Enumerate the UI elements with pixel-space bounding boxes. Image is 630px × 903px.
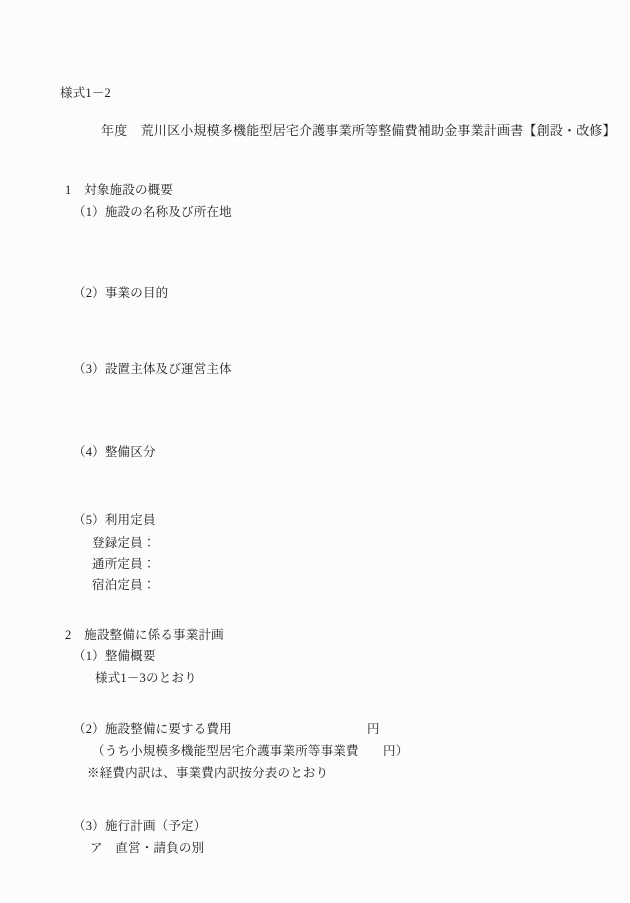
s1-item-name-location: （1）施設の名称及び所在地: [73, 204, 232, 221]
capacity-lodging-label: 宿泊定員：: [92, 577, 156, 594]
s2-cost-note: ※経費内訳は、事業費内訳按分表のとおり: [87, 765, 328, 782]
s1-item-capacity: （5）利用定員: [73, 512, 156, 529]
capacity-commuting-label: 通所定員：: [92, 556, 156, 573]
s2-item-overview: （1）整備概要: [73, 648, 156, 665]
s2-cost-unit: 円: [367, 721, 380, 738]
s1-item-purpose: （2）事業の目的: [73, 285, 168, 302]
s2-subcost-unit: 円）: [383, 743, 408, 760]
s2-item-subcost: （うち小規模多機能型居宅介護事業所等事業費: [92, 743, 359, 760]
s2-item-schedule: （3）施行計画（予定）: [73, 818, 206, 835]
s2-overview-note: 様式1－3のとおり: [95, 670, 197, 687]
document-page: 様式1－2 年度 荒川区小規模多機能型居宅介護事業所等整備費補助金事業計画書【創…: [0, 0, 630, 903]
s1-item-category: （4）整備区分: [73, 444, 156, 461]
capacity-registered-label: 登録定員：: [92, 535, 156, 552]
document-title: 年度 荒川区小規模多機能型居宅介護事業所等整備費補助金事業計画書【創設・改修】: [101, 122, 616, 140]
section-2-heading: 2 施設整備に係る事業計画: [65, 627, 224, 644]
section-1-heading: 1 対象施設の概要: [65, 182, 173, 199]
form-number: 様式1－2: [60, 85, 111, 102]
s1-item-entities: （3）設置主体及び運営主体: [73, 361, 232, 378]
s2-item-cost: （2）施設整備に要する費用: [73, 721, 232, 738]
s2-schedule-sub-a: ア 直営・請負の別: [90, 840, 204, 857]
